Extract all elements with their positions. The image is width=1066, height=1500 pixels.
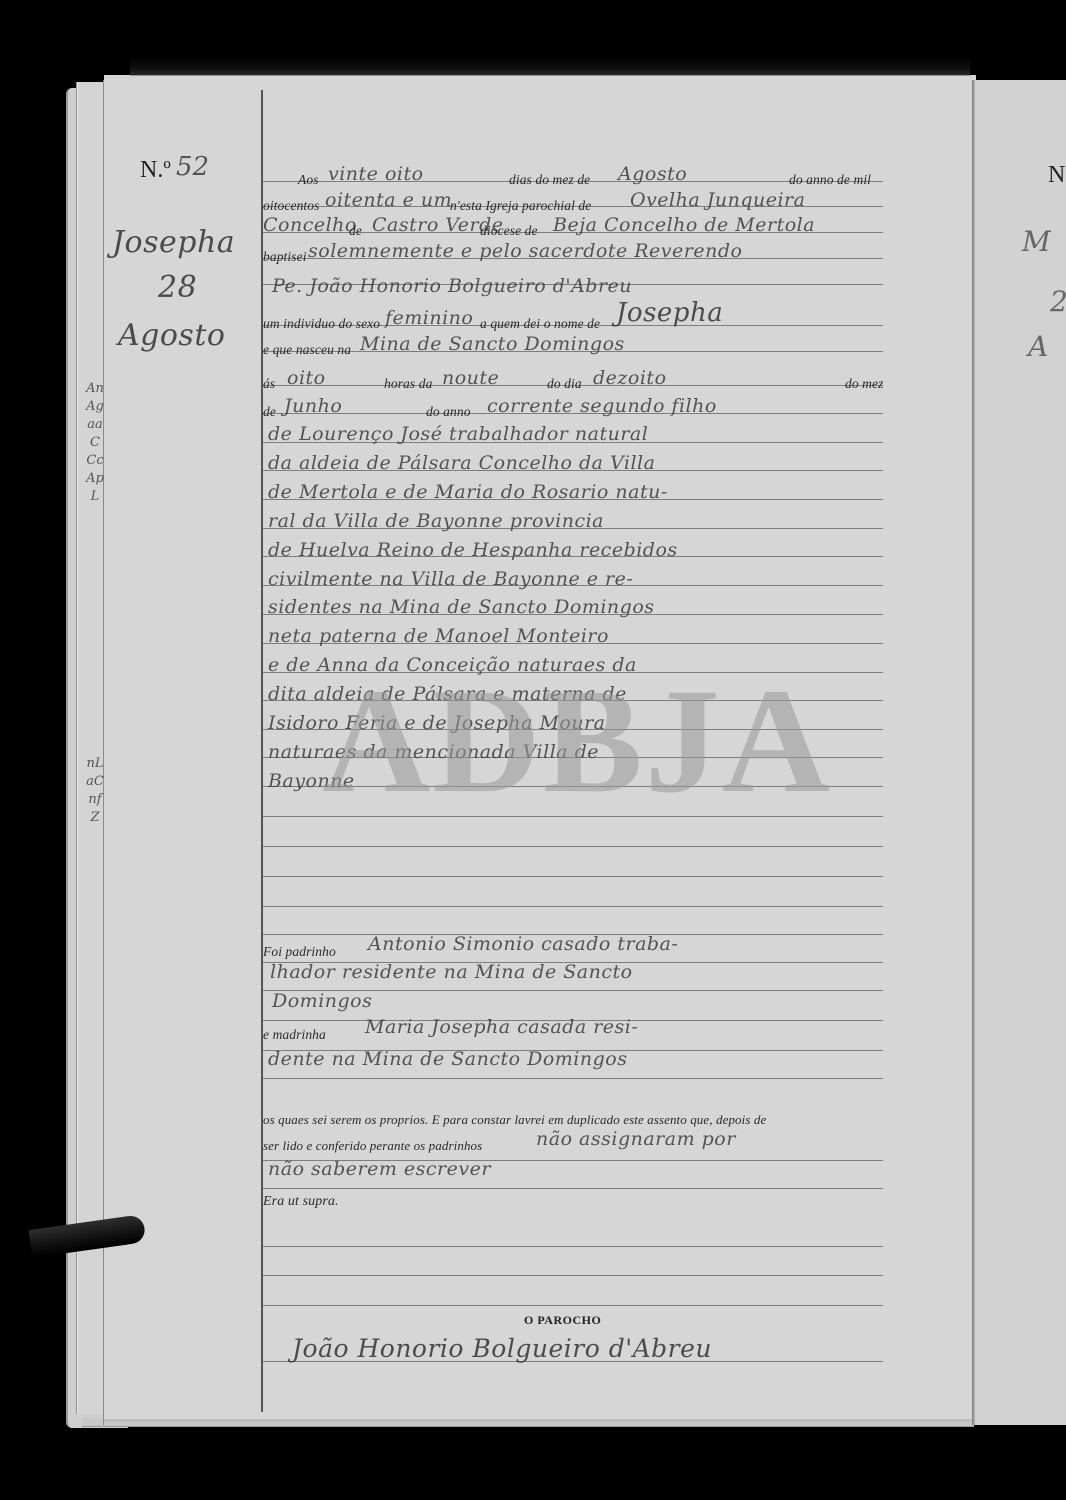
book-gutter [972, 80, 975, 1425]
top-shadow [130, 58, 970, 76]
handwritten-line: ral da Villa de Bayonne provincia [268, 510, 604, 532]
printed-text: de [349, 223, 362, 239]
facing-page-number-label: N [1048, 162, 1065, 189]
margin-child-name: Josepha [112, 225, 235, 260]
handwritten-diocese: Beja Concelho de Mertola [553, 214, 815, 236]
handwritten-text: solemnemente e pelo sacerdote Reverendo [308, 240, 742, 262]
padrinho-line: Antonio Simonio casado traba- [368, 933, 678, 955]
madrinha-label: e madrinha [263, 1027, 326, 1043]
printed-text: um individuo do sexo [263, 316, 380, 332]
ruled-line [263, 906, 883, 907]
ruled-line [263, 1078, 883, 1079]
printed-text: baptisei [263, 249, 307, 265]
madrinha-line: dente na Mina de Sancto Domingos [268, 1048, 627, 1070]
printed-text: n'esta Igreja parochial de [450, 198, 591, 214]
madrinha-line: Maria Josepha casada resi- [365, 1016, 638, 1038]
entry-number: 52 [176, 152, 209, 182]
facing-page-hand: M [1022, 225, 1051, 258]
ruled-line [263, 1275, 883, 1276]
handwritten-birth-day: dezoito [593, 367, 667, 389]
ruled-line [263, 846, 883, 847]
printed-text: a quem dei o nome de [480, 316, 600, 332]
closing-hand: não assignaram por [536, 1128, 736, 1150]
handwritten-birth-month: Junho [284, 395, 342, 417]
handwritten-time-of-day: noute [442, 367, 499, 389]
ruled-line [263, 1246, 883, 1247]
closing-hand: não saberem escrever [268, 1158, 491, 1180]
entry-number-label: N.º [140, 157, 171, 184]
closing-text: ser lido e conferido perante os padrinho… [263, 1138, 482, 1154]
printed-text: ás [263, 376, 275, 392]
printed-text: horas da [384, 376, 432, 392]
margin-month: Agosto [118, 318, 225, 353]
handwritten-priest: Pe. João Honorio Bolgueiro d'Abreu [272, 275, 632, 297]
parocho-label: O PAROCHO [524, 1313, 601, 1328]
handwritten-line: sidentes na Mina de Sancto Domingos [268, 596, 655, 618]
handwritten-sex: feminino [385, 307, 473, 329]
handwritten-child-name: Josepha [616, 298, 723, 328]
handwritten-birthplace: Mina de Sancto Domingos [360, 333, 625, 355]
facing-page-hand: 2 [1050, 285, 1066, 318]
printed-text: do anno de mil [789, 172, 871, 188]
handwritten-line: de Huelva Reino de Hespanha recebidos [268, 539, 678, 561]
handwritten-parish: Ovelha Junqueira [630, 189, 805, 211]
handwritten-month: Agosto [618, 163, 687, 185]
facing-page-hand: A [1028, 330, 1048, 363]
printed-text: do anno [426, 404, 471, 420]
handwritten-text: corrente segundo filho [487, 395, 717, 417]
side-note-upper: AnAgaaCCcApL [86, 380, 104, 506]
side-note-lower: nLaCnfZ [86, 755, 104, 827]
era-ut-supra: Era ut supra. [263, 1194, 339, 1210]
padrinho-line: lhador residente na Mina de Sancto [270, 961, 633, 983]
handwritten-text: Concelho [263, 214, 357, 236]
printed-text: dias do mez de [509, 172, 590, 188]
handwritten-day: vinte oito [328, 163, 424, 185]
handwritten-line: da aldeia de Pálsara Concelho da Villa [268, 452, 655, 474]
printed-text: de [263, 404, 276, 420]
ruled-line [263, 1305, 883, 1306]
padrinho-label: Foi padrinho [263, 944, 336, 960]
handwritten-hour: oito [287, 367, 326, 389]
priest-signature: João Honorio Bolgueiro d'Abreu [292, 1334, 712, 1363]
printed-text: diocese de [480, 223, 538, 239]
printed-text: Aos [298, 172, 319, 188]
handwritten-line: de Lourenço José trabalhador natural [268, 423, 648, 445]
margin-rule [261, 90, 263, 1412]
printed-text: do mez [845, 376, 883, 392]
handwritten-line: neta paterna de Manoel Monteiro [268, 625, 609, 647]
watermark: ADBJA [322, 655, 832, 827]
facing-page [975, 80, 1066, 1425]
handwritten-line: de Mertola e de Maria do Rosario natu- [268, 481, 668, 503]
handwritten-line: civilmente na Villa de Bayonne e re- [268, 568, 633, 590]
printed-text: oitocentos [263, 198, 320, 214]
padrinho-line: Domingos [272, 990, 372, 1012]
printed-text: e que nasceu na [263, 342, 351, 358]
closing-text: os quaes sei serem os proprios. E para c… [263, 1112, 766, 1128]
handwritten-year: oitenta e um [325, 189, 452, 211]
printed-text: do dia [547, 376, 582, 392]
margin-day: 28 [158, 270, 197, 305]
ruled-line [263, 876, 883, 877]
ruled-line [263, 1188, 883, 1189]
